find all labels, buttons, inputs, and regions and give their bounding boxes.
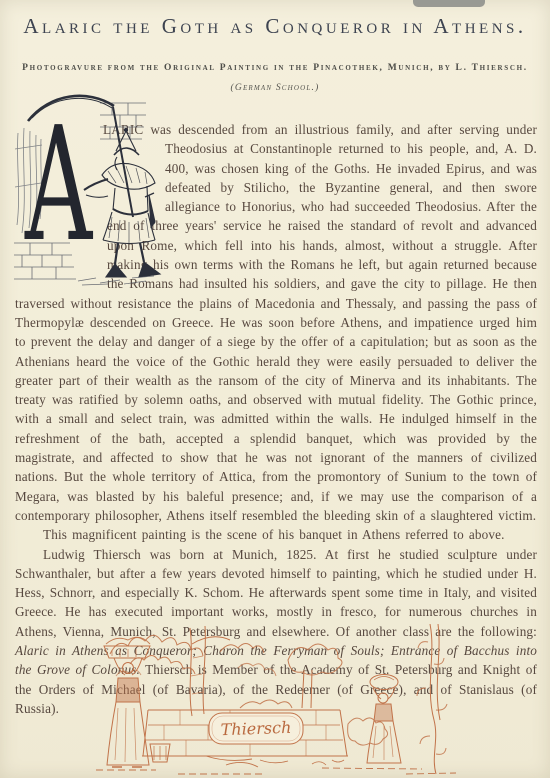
book-page: Alaric the Goth as Conqueror in Athens. … xyxy=(0,0,550,778)
paragraph-alaric: A xyxy=(15,120,537,525)
page-title: Alaric the Goth as Conqueror in Athens. xyxy=(18,14,532,39)
svg-text:A: A xyxy=(24,93,93,277)
dropcap-warrior-icon: A xyxy=(12,91,162,286)
scan-edge-artifact xyxy=(413,0,485,7)
tailpiece-garden-icon: Thiersch xyxy=(90,624,460,776)
dropcap-warrior-illustration: A xyxy=(15,122,165,286)
tailpiece-vignette: Thiersch xyxy=(0,624,550,778)
paragraph-painting-note: This magnificent painting is the scene o… xyxy=(15,525,537,544)
artist-signature: Thiersch xyxy=(220,718,291,739)
plate-subtitle: Photogravure from the Original Painting … xyxy=(0,63,550,73)
